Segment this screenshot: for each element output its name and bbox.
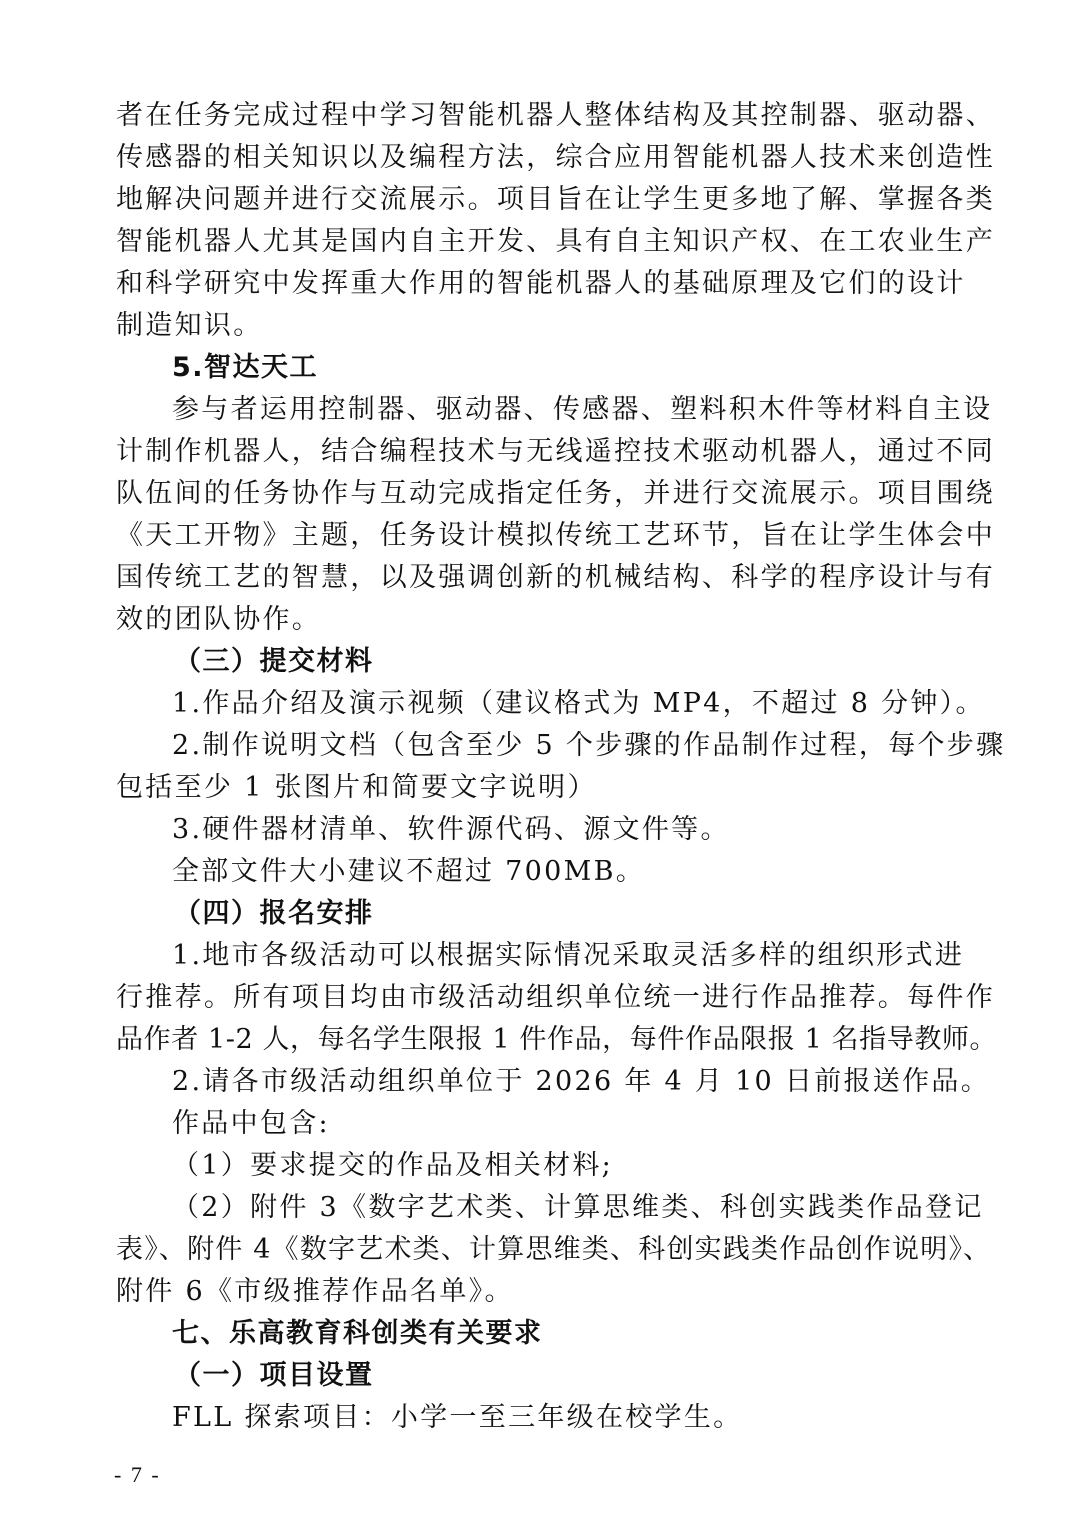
body-line: 效的团队协作。 [116,600,321,640]
body-line: 《天工开物》主题，任务设计模拟传统工艺环节，旨在让学生体会中 [116,516,995,556]
body-line: FLL 探索项目：小学一至三年级在校学生。 [172,1398,742,1438]
body-line: 者在任务完成过程中学习智能机器人整体结构及其控制器、驱动器、 [116,96,995,136]
body-line: 地解决问题并进行交流展示。项目旨在让学生更多地了解、掌握各类 [116,180,995,220]
list-item: 2.制作说明文档（包含至少 5 个步骤的作品制作过程，每个步骤 [172,726,1005,766]
body-line: 参与者运用控制器、驱动器、传感器、塑料积木件等材料自主设 [172,390,992,430]
page-number: - 7 - [114,1462,161,1488]
list-item: （2）附件 3《数字艺术类、计算思维类、科创实践类作品登记 [172,1188,984,1228]
body-line: 全部文件大小建议不超过 700MB。 [172,852,645,892]
body-line: 附件 6《市级推荐作品名单》。 [116,1272,514,1312]
body-line: 行推荐。所有项目均由市级活动组织单位统一进行作品推荐。每件作 [116,978,995,1018]
body-line: 国传统工艺的智慧，以及强调创新的机械结构、科学的程序设计与有 [116,558,995,598]
body-line: 表》、附件 4《数字艺术类、计算思维类、科创实践类作品创作说明》、 [116,1230,991,1270]
body-line: 智能机器人尤其是国内自主开发、具有自主知识产权、在工农业生产 [116,222,995,262]
body-line: 制造知识。 [116,306,263,346]
list-item: （1）要求提交的作品及相关材料; [172,1146,613,1186]
body-line: 传感器的相关知识以及编程方法，综合应用智能机器人技术来创造性 [116,138,995,178]
body-line: 作品中包含: [172,1104,330,1144]
body-line: 队伍间的任务协作与互动完成指定任务，并进行交流展示。项目围绕 [116,474,995,514]
list-item: 1.作品介绍及演示视频（建议格式为 MP4，不超过 8 分钟）。 [172,684,985,724]
body-line: 计制作机器人，结合编程技术与无线遥控技术驱动机器人，通过不同 [116,432,995,472]
body-line: 和科学研究中发挥重大作用的智能机器人的基础原理及它们的设计 [116,264,966,304]
body-line: 包括至少 1 张图片和简要文字说明） [116,768,597,808]
list-item: 2.请各市级活动组织单位于 2026 年 4 月 10 日前报送作品。 [172,1062,990,1102]
section-heading-materials: （三）提交材料 [174,642,374,682]
body-line: 品作者 1-2 人，每名学生限报 1 件作品，每件作品限报 1 名指导教师。 [116,1020,997,1060]
list-item: 3.硬件器材清单、软件源代码、源文件等。 [172,810,730,850]
section-heading-project-setup: （一）项目设置 [174,1356,374,1396]
chapter-heading-lego: 七、乐高教育科创类有关要求 [172,1314,543,1354]
list-item: 1.地市各级活动可以根据实际情况采取灵活多样的组织形式进 [172,936,964,976]
section-heading-registration: （四）报名安排 [174,894,374,934]
subheading-zhida-tiangong: 5.智达天工 [172,348,318,388]
